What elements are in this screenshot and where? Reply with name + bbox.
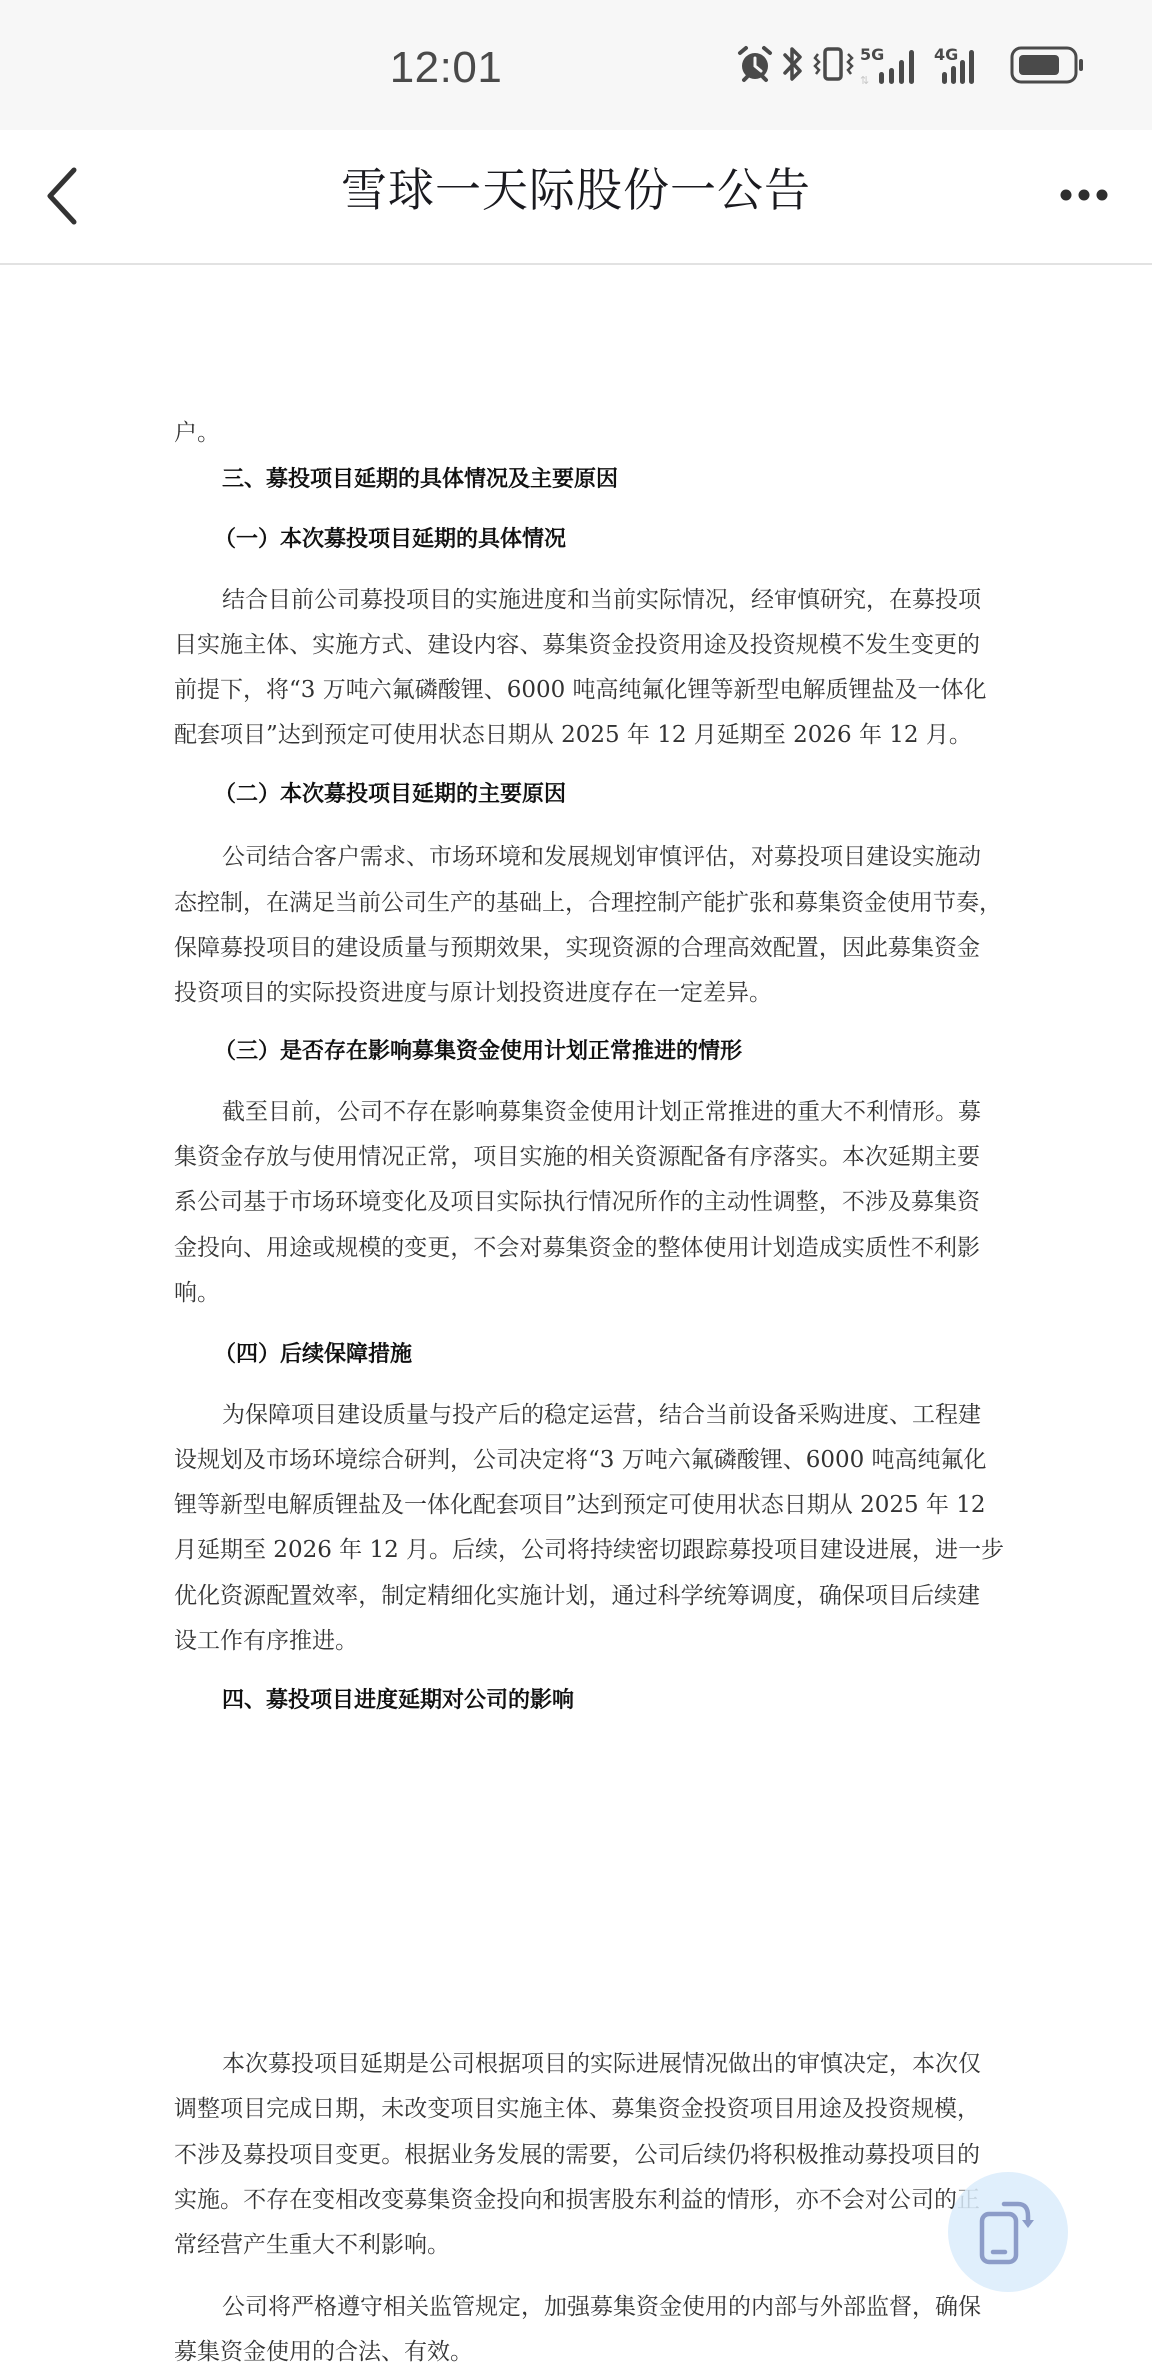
rotate-screen-button[interactable] [948, 2172, 1068, 2292]
svg-text:4G: 4G [934, 45, 958, 64]
paragraph-line: 锂等新型电解质锂盐及一体化配套项目”达到预定可使用状态日期从 2025 年 12 [174, 1485, 980, 1525]
rotate-screen-icon [976, 2198, 1040, 2268]
subsection-heading: （一）本次募投项目延期的具体情况 [214, 520, 566, 560]
vibrate-icon [812, 44, 856, 84]
paragraph-line: 公司结合客户需求、市场环境和发展规划审慎评估，对募投项目建设实施动 [222, 837, 980, 877]
paragraph-line: 设工作有序推进。 [174, 1621, 980, 1661]
section-heading: 三、募投项目延期的具体情况及主要原因 [222, 460, 618, 500]
paragraph-line: 配套项目”达到预定可使用状态日期从 2025 年 12 月延期至 2026 年 … [174, 715, 980, 755]
alarm-icon [736, 44, 774, 84]
paragraph-line: 实施。不存在变相改变募集资金投向和损害股东利益的情形，亦不会对公司的正 [174, 2180, 980, 2220]
page-title: 雪球一天际股份一公告 [200, 158, 952, 222]
paragraph-line: 公司将严格遵守相关监管规定，加强募集资金使用的内部与外部监督，确保 [222, 2287, 980, 2327]
svg-text:⇅: ⇅ [860, 74, 869, 87]
paragraph-line: 目实施主体、实施方式、建设内容、募集资金投资用途及投资规模不发生变更的 [174, 625, 980, 665]
paragraph-line: 投资项目的实际投资进度与原计划投资进度存在一定差异。 [174, 973, 980, 1013]
paragraph-line: 户。 [174, 413, 980, 453]
bluetooth-icon [780, 44, 806, 84]
status-icons: 5G ⇅ 4G [736, 44, 1096, 90]
paragraph-line: 响。 [174, 1273, 980, 1313]
more-button[interactable] [1046, 168, 1122, 222]
paragraph-line: 前提下，将“3 万吨六氟磷酸锂、6000 吨高纯氟化锂等新型电解质锂盐及一体化 [174, 670, 980, 710]
section-heading: 四、募投项目进度延期对公司的影响 [222, 1681, 574, 1721]
paragraph-line: 结合目前公司募投项目的实施进度和当前实际情况，经审慎研究，在募投项 [222, 580, 980, 620]
more-horizontal-icon [1046, 168, 1122, 222]
paragraph-line: 常经营产生重大不利影响。 [174, 2225, 980, 2265]
subsection-heading: （四）后续保障措施 [214, 1335, 412, 1375]
svg-text:5G: 5G [860, 45, 884, 64]
paragraph-line: 保障募投项目的建设质量与预期效果，实现资源的合理高效配置，因此募集资金 [174, 928, 980, 968]
paragraph-line: 不涉及募投项目变更。根据业务发展的需要，公司后续仍将积极推动募投项目的 [174, 2135, 980, 2175]
battery-icon [1010, 44, 1086, 84]
paragraph-line: 设规划及市场环境综合研判，公司决定将“3 万吨六氟磷酸锂、6000 吨高纯氟化 [174, 1440, 980, 1480]
paragraph-line: 截至目前，公司不存在影响募集资金使用计划正常推进的重大不利情形。募 [222, 1092, 980, 1132]
paragraph-line: 集资金存放与使用情况正常，项目实施的相关资源配备有序落实。本次延期主要 [174, 1137, 980, 1177]
signal-5g-icon: 5G ⇅ [860, 44, 922, 88]
status-time: 12:01 [380, 40, 512, 96]
subsection-heading: （三）是否存在影响募集资金使用计划正常推进的情形 [214, 1032, 742, 1072]
paragraph-line: 态控制，在满足当前公司生产的基础上，合理控制产能扩张和募集资金使用节奏， [174, 883, 980, 923]
paragraph-line: 调整项目完成日期，未改变项目实施主体、募集资金投资项目用途及投资规模， [174, 2089, 980, 2129]
signal-4g-icon: 4G [934, 44, 984, 88]
back-button[interactable] [30, 156, 94, 236]
paragraph-line: 本次募投项目延期是公司根据项目的实际进展情况做出的审慎决定，本次仅 [222, 2044, 980, 2084]
status-bar: 12:01 5G ⇅ [0, 0, 1152, 130]
paragraph-line: 月延期至 2026 年 12 月。后续，公司将持续密切跟踪募投项目建设进展，进一… [174, 1530, 980, 1570]
subsection-heading: （二）本次募投项目延期的主要原因 [214, 775, 566, 815]
paragraph-line: 募集资金使用的合法、有效。 [174, 2332, 980, 2372]
paragraph-line: 优化资源配置效率，制定精细化实施计划，通过科学统筹调度，确保项目后续建 [174, 1576, 980, 1616]
paragraph-line: 金投向、用途或规模的变更，不会对募集资金的整体使用计划造成实质性不利影 [174, 1228, 980, 1268]
chevron-left-icon [30, 156, 94, 236]
app-header: 雪球一天际股份一公告 [0, 130, 1152, 265]
paragraph-line: 系公司基于市场环境变化及项目实际执行情况所作的主动性调整，不涉及募集资 [174, 1182, 980, 1222]
paragraph-line: 为保障项目建设质量与投产后的稳定运营，结合当前设备采购进度、工程建 [222, 1395, 980, 1435]
